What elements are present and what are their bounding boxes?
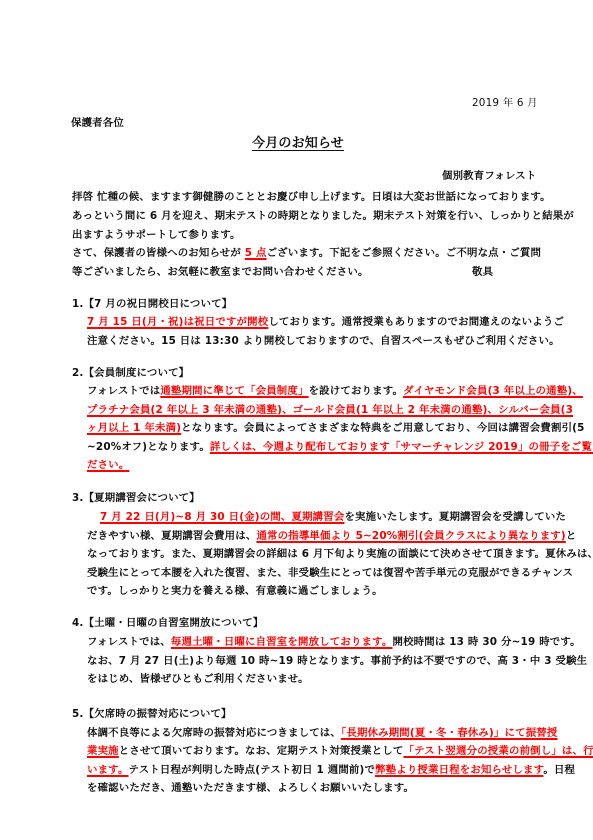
highlight: ヶ月以上 1 年未満): [87, 422, 181, 434]
intro-line-2: あっという間に 6 月を迎え、期末テストの時期となりました。期末テスト対策を行い…: [72, 209, 574, 223]
notice-count: 5 点: [245, 247, 267, 259]
body-text: だきやすい様、夏期講習会費用は、: [87, 530, 256, 542]
section-1-heading: 1.【7 月の祝日開校日について】: [72, 297, 232, 311]
highlight: プラチナ会員(2 年以上 3 年未満の通塾)、ゴールド会員(1 年以上 2 年未…: [87, 404, 573, 416]
section-2-line-2: プラチナ会員(2 年以上 3 年未満の通塾)、ゴールド会員(1 年以上 2 年未…: [87, 403, 573, 417]
intro-line-4: さて、保護者の皆様へのお知らせが 5 点ございます。下記をご参照ください。ご不明…: [72, 246, 541, 260]
section-3-line-3: なっております。また、夏期講習会の詳細は 6 月下旬より実施の面談にて決めさせて…: [87, 547, 593, 561]
highlight: 「テスト翌週分の授業の前倒し」は、行: [403, 745, 593, 757]
date: 2019 年 6 月: [472, 96, 538, 110]
section-3-line-2: だきやすい様、夏期講習会費用は、通常の指導単価より 5~20%割引(会員クラスに…: [87, 529, 576, 543]
highlight: 業実施: [87, 745, 119, 757]
body-text: フォレストでは、: [87, 636, 171, 648]
section-5-line-4: を確認いただき、通塾いただきます様、よろしくお願いいたします。: [87, 781, 414, 795]
section-4-line-2: なお、7 月 27 日(土)より毎週 10 時~19 時となります。事前予約は不…: [87, 654, 587, 668]
section-4-line-3: をはじめ、皆様ぜひともご利用くださいませ。: [87, 672, 309, 686]
body-text: ~20%オフ)となります。: [87, 441, 210, 453]
section-3-line-5: です。しっかりと実力を養える様、有意義に過ごしましょう。: [87, 584, 383, 598]
highlight: ださい。: [87, 459, 129, 471]
addressee: 保護者各位: [71, 116, 124, 130]
highlight: 毎週土曜・日曜に自習室を開放しております。: [171, 636, 393, 648]
section-2-heading: 2.【会員制度について】: [72, 366, 189, 380]
body-text: となります。会員によってさまざまな特典をご用意しており、今回は講習会費割引(5: [181, 422, 584, 434]
section-1-line-1: 7 月 15 日(月・祝)は祝日ですが開校しております。通常授業もありますのでお…: [87, 315, 564, 329]
section-2-line-3: ヶ月以上 1 年未満)となります。会員によってさまざまな特典をご用意しており、今…: [87, 421, 585, 435]
body-text: 体調不良等による欠席時の振替対応につきましては、: [87, 727, 341, 739]
notice-page: 2019 年 6 月 保護者各位 今月のお知らせ 個別教育フォレスト 拝啓 忙種…: [0, 0, 593, 840]
sender: 個別教育フォレスト: [442, 169, 536, 183]
intro-text: さて、保護者の皆様へのお知らせが: [72, 247, 245, 259]
highlight: 通塾期間に準じて「会員制度」: [160, 385, 308, 397]
highlight: 弊塾より授業日程をお知らせします: [375, 764, 543, 776]
section-3-line-1: 7 月 22 日(月)~8 月 30 日(金)の間、夏期講習会を実施いたします。…: [100, 510, 566, 524]
body-text: と: [566, 530, 577, 542]
closing: 敬具: [472, 265, 493, 279]
highlight: 7 月 15 日(月・祝)は祝日ですが開校: [87, 316, 268, 328]
highlight: 詳しくは、今週より配布しております「サマーチャレンジ 2019」の冊子をご覧く: [210, 441, 593, 453]
body-text: フォレストでは: [87, 385, 160, 397]
intro-line-1: 拝啓 忙種の候、ますます御健勝のこととお慶び申し上げます。日頃は大変お世話になっ…: [72, 190, 551, 204]
section-4-line-1: フォレストでは、毎週土曜・日曜に自習室を開放しております。開校時間は 13 時 …: [87, 635, 581, 649]
section-1-line-2: 注意ください。15 日は 13:30 より開校しておりますので、自習スペースもぜ…: [87, 334, 560, 348]
highlight: います。: [87, 764, 129, 776]
section-5-line-2: 業実施とさせて頂いております。なお、定期テスト対策授業として「テスト翌週分の授業…: [87, 744, 593, 758]
body-text: を実施いたします。夏期講習会を受講していた: [344, 511, 566, 523]
body-text: 開校時間は 13 時 30 分~19 時です。: [392, 636, 580, 648]
body-text: を設けております。: [309, 385, 403, 397]
section-5-line-3: います。テスト日程が判明した時点(テスト初日 1 週間前)で弊塾より授業日程をお…: [87, 763, 575, 777]
intro-line-5: 等ございましたら、お気軽に教室までお問い合わせください。: [72, 265, 369, 279]
section-3-line-4: 受験生にとって本腰を入れた復習、また、非受験生にとっては復習や苦手単元の克服がで…: [87, 566, 573, 580]
highlight: ダイヤモンド会員(3 年以上の通塾)、: [403, 385, 583, 397]
section-2-line-1: フォレストでは通塾期間に準じて「会員制度」を設けております。ダイヤモンド会員(3…: [87, 384, 583, 398]
body-text: テスト日程が判明した時点(テスト初日 1 週間前)で: [129, 764, 376, 776]
section-2-line-4: ~20%オフ)となります。詳しくは、今週より配布しております「サマーチャレンジ …: [87, 440, 593, 454]
body-text: 。日程: [543, 764, 575, 776]
section-5-line-1: 体調不良等による欠席時の振替対応につきましては、「長期休み期間(夏・冬・春休み)…: [87, 726, 557, 740]
highlight: 7 月 22 日(月)~8 月 30 日(金)の間、夏期講習会: [100, 511, 344, 523]
section-4-heading: 4.【土曜・日曜の自習室開放について】: [72, 616, 263, 630]
section-3-heading: 3.【夏期講習会について】: [72, 491, 200, 505]
body-text: しております。通常授業もありますのでお間違えのないようご: [268, 316, 564, 328]
page-title: 今月のお知らせ: [252, 137, 344, 151]
section-2-line-5: ださい。: [87, 458, 129, 472]
intro-text: ございます。下記をご参照ください。ご不明な点・ご質問: [267, 247, 542, 259]
intro-line-3: 出ますようサポートして参ります。: [72, 228, 241, 242]
highlight: 「長期休み期間(夏・冬・春休み)」にて振替授: [341, 727, 558, 739]
section-5-heading: 5.【欠席時の振替対応について】: [72, 707, 232, 721]
highlight: 通常の指導単価より 5~20%割引(会員クラスにより異なります): [256, 530, 565, 542]
body-text: とさせて頂いております。なお、定期テスト対策授業として: [119, 745, 404, 757]
